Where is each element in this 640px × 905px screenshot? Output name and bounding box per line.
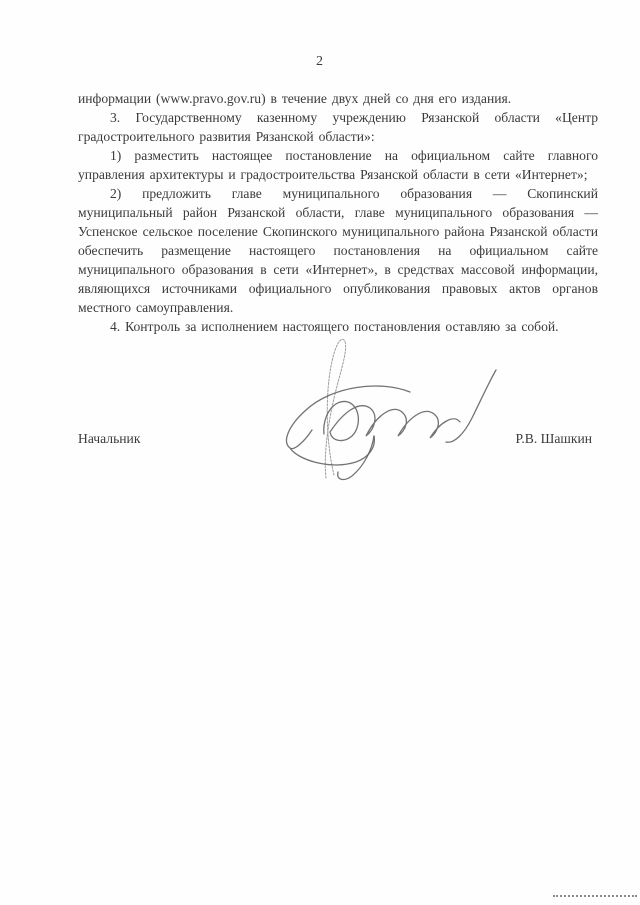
scan-artifact-dotted-line [553,895,637,897]
signature [268,330,508,490]
signatory-name: Р.В. Шашкин [516,430,593,447]
paragraph: 1) разместить настоящее постановление на… [78,146,598,184]
document-page: 2 информации (www.pravo.gov.ru) в течени… [0,0,640,905]
document-body: информации (www.pravo.gov.ru) в течение … [78,89,598,336]
paragraph: 3. Государственному казенному учреждению… [78,108,598,146]
paragraph: 2) предложить главе муниципального образ… [78,184,598,317]
page-number: 2 [0,54,640,70]
signatory-title: Начальник [78,430,140,447]
paragraph: информации (www.pravo.gov.ru) в течение … [78,89,598,108]
signatory-row: Начальник Р.В. Шашкин [78,430,592,447]
